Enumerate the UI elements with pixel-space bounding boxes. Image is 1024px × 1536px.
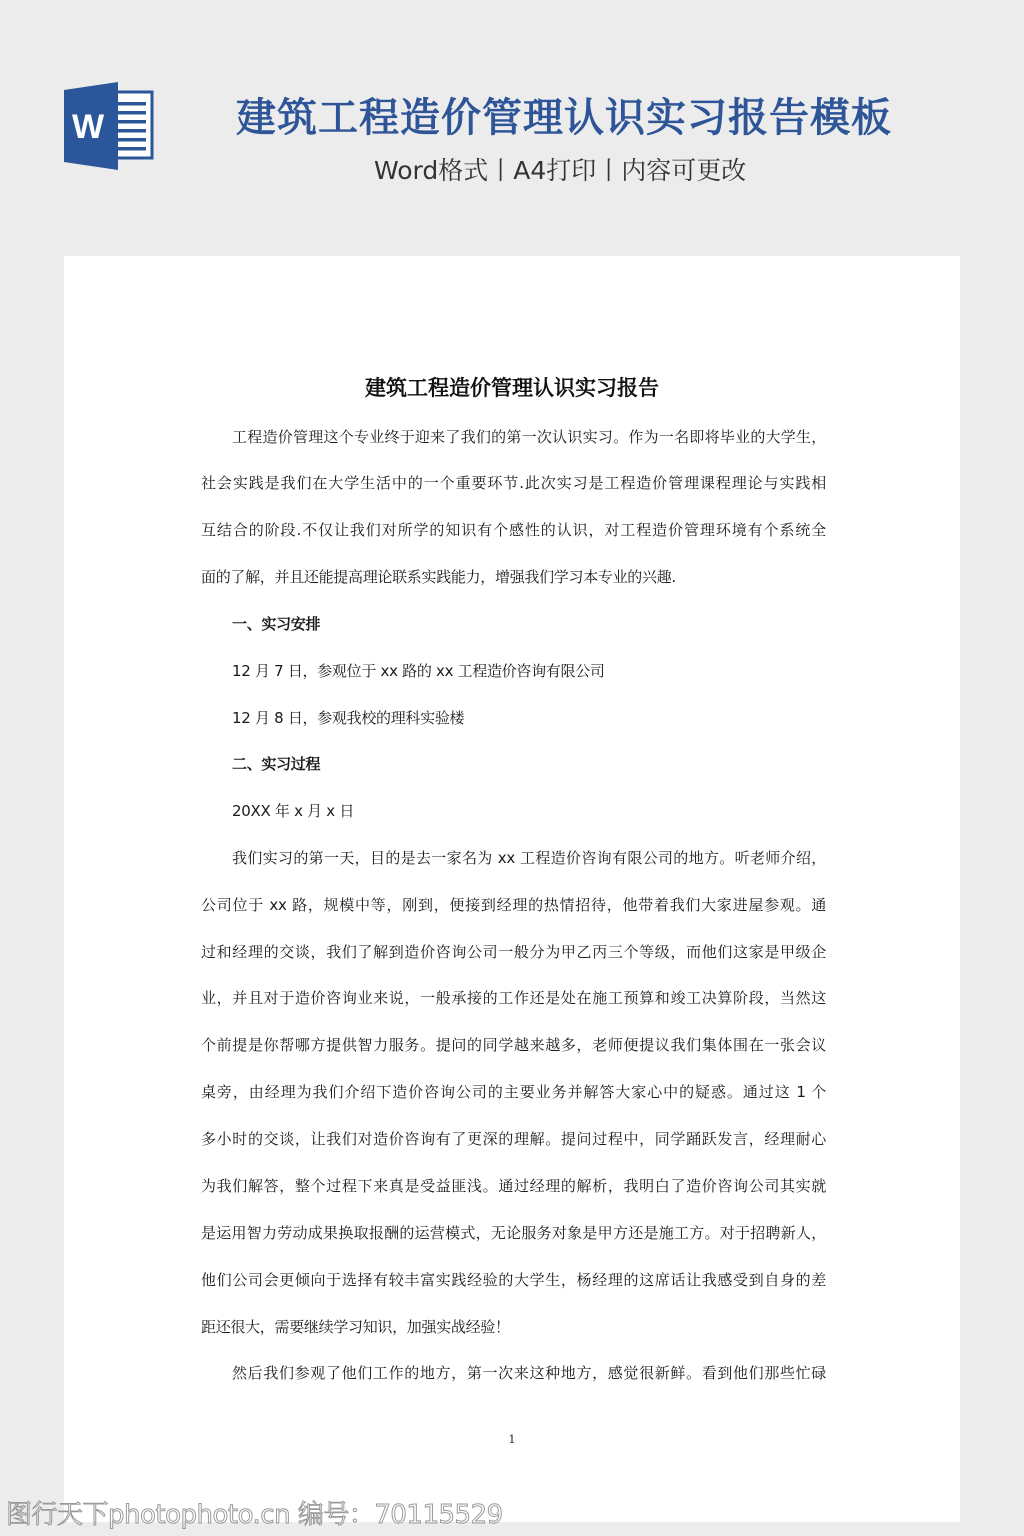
- word-icon: W: [64, 82, 156, 170]
- paragraph-line: 业，并且对于造价咨询业来说，一般承接的工作还是处在施工预算和竣工决算阶段，当然这: [201, 987, 826, 1009]
- svg-text:W: W: [72, 108, 105, 146]
- paragraph-line: 个前提是你帮哪方提供智力服务。提问的同学越来越多，老师便提议我们集体围在一张会议: [201, 1034, 826, 1056]
- document-title: 建筑工程造价管理认识实习报告: [64, 373, 960, 403]
- paragraph-line: 互结合的阶段.不仅让我们对所学的知识有个感性的认识，对工程造价管理环境有个系统全: [201, 519, 826, 541]
- watermark: 图行天下photophoto.cn 编号：70115529: [6, 1494, 503, 1531]
- paragraph-line: 20XX 年 x 月 x 日: [232, 800, 826, 822]
- paragraph-line: 为我们解答，整个过程下来真是受益匪浅。通过经理的解析，我明白了造价咨询公司其实就: [201, 1175, 826, 1197]
- paragraph-line: 工程造价管理这个专业终于迎来了我们的第一次认识实习。作为一名即将毕业的大学生，: [232, 426, 826, 448]
- paragraph-line: 是运用智力劳动成果换取报酬的运营模式，无论服务对象是甲方还是施工方。对于招聘新人…: [201, 1222, 826, 1244]
- banner-title: 建筑工程造价管理认识实习报告模板: [236, 92, 896, 144]
- paragraph-line: 面的了解，并且还能提高理论联系实践能力，增强我们学习本专业的兴趣.: [201, 566, 826, 588]
- section-heading: 二、实习过程: [232, 753, 826, 775]
- paragraph-line: 公司位于 xx 路，规模中等，刚到，便接到经理的热情招待，他带着我们大家进屋参观…: [201, 894, 826, 916]
- paragraph-line: 他们公司会更倾向于选择有较丰富实践经验的大学生，杨经理的这席话让我感受到自身的差: [201, 1269, 826, 1291]
- paragraph-line: 社会实践是我们在大学生活中的一个重要环节.此次实习是工程造价管理课程理论与实践相: [201, 472, 826, 494]
- paragraph-line: 桌旁，由经理为我们介绍下造价咨询公司的主要业务并解答大家心中的疑惑。通过这 1 …: [201, 1081, 826, 1103]
- paragraph-line: 过和经理的交谈，我们了解到造价咨询公司一般分为甲乙丙三个等级，而他们这家是甲级企: [201, 941, 826, 963]
- paragraph-line: 我们实习的第一天，目的是去一家名为 xx 工程造价咨询有限公司的地方。听老师介绍…: [232, 847, 826, 869]
- paragraph-line: 12 月 8 日，参观我校的理科实验楼: [232, 707, 826, 729]
- paragraph-line: 然后我们参观了他们工作的地方，第一次来这种地方，感觉很新鲜。看到他们那些忙碌: [232, 1362, 826, 1384]
- banner-subtitle: Word格式丨A4打印丨内容可更改: [374, 154, 774, 188]
- paragraph-line: 多小时的交谈，让我们对造价咨询有了更深的理解。提问过程中，同学踊跃发言，经理耐心: [201, 1128, 826, 1150]
- paragraph-line: 距还很大，需要继续学习知识，加强实战经验！: [201, 1316, 826, 1338]
- paragraph-line: 12 月 7 日，参观位于 xx 路的 xx 工程造价咨询有限公司: [232, 660, 826, 682]
- page-number: 1: [64, 1433, 960, 1446]
- section-heading: 一、实习安排: [232, 613, 826, 635]
- template-banner: W 建筑工程造价管理认识实习报告模板 Word格式丨A4打印丨内容可更改: [0, 0, 1024, 256]
- document-page: 建筑工程造价管理认识实习报告 工程造价管理这个专业终于迎来了我们的第一次认识实习…: [64, 256, 960, 1522]
